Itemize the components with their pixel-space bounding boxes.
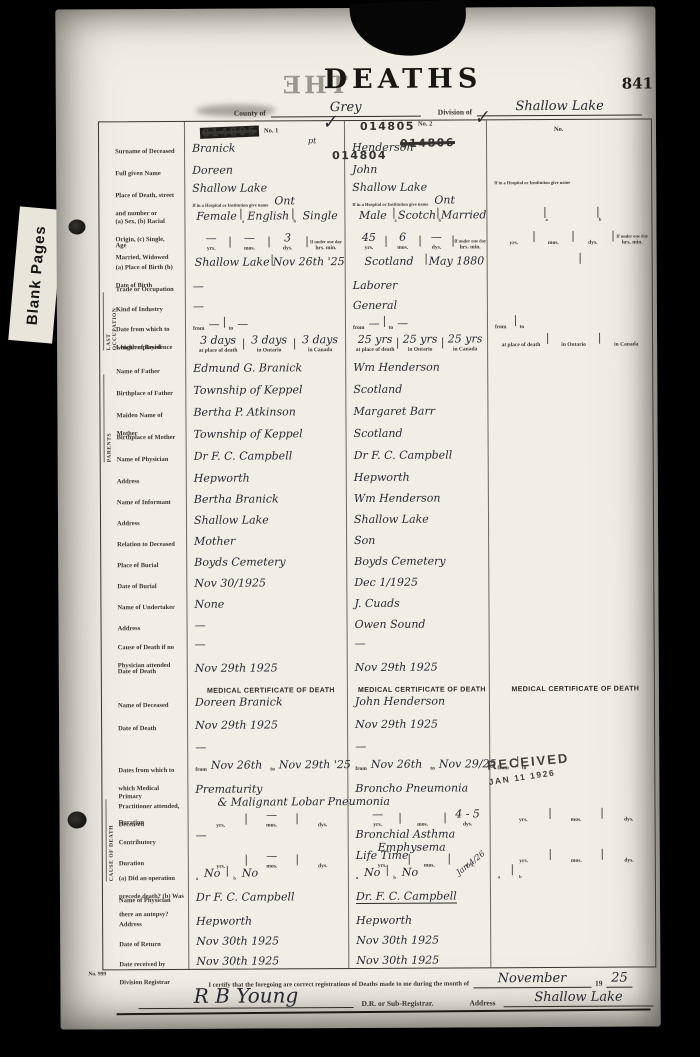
field-divider <box>580 253 581 264</box>
value-column: in Ontario <box>548 342 600 348</box>
entry-cell: MaleaScotchbMarried <box>344 206 486 231</box>
handwritten-value: Prematurity <box>195 783 262 796</box>
handwritten-value: — <box>355 740 366 753</box>
entry-cell: Nov 29th 1925 <box>187 657 347 679</box>
printed-sublabel: in Ontario <box>244 347 294 353</box>
handwritten-value: Nov 30th 1925 <box>196 934 279 947</box>
handwritten-value: — <box>247 850 297 863</box>
row-label: Contributory <box>119 839 156 846</box>
row-label-cell: Duration <box>103 850 188 865</box>
printed-sublabel: from <box>355 766 367 772</box>
row-label: Birthplace of Mother <box>117 434 176 441</box>
handwritten-value: — <box>355 637 366 650</box>
row-label: Address <box>117 478 140 485</box>
table-row: Name of PhysicianDr F. C. CampbellDr F. … <box>101 443 653 468</box>
entry-cell <box>490 948 655 969</box>
entry-cell: Margaret Barr <box>345 400 487 423</box>
handwritten-value: Scotland <box>353 383 402 396</box>
value-column: dys. <box>574 240 613 246</box>
entry-cell: General <box>345 294 487 315</box>
value-column: 3 daysin Canada <box>295 334 345 353</box>
value-column: —mos. <box>231 232 268 251</box>
printed-sublabel: from <box>495 324 507 330</box>
row-label-cell: Primary <box>102 783 187 809</box>
row-label-cell: Cause of Death if no Physician attended <box>102 634 187 658</box>
table-row: Relation to DeceasedMotherSon <box>101 528 653 552</box>
printed-sublabel: dys. <box>298 822 348 828</box>
row-label: Date of Return <box>119 941 161 948</box>
entry-cell: Township of Keppel <box>186 423 346 446</box>
value-column: Single <box>296 210 344 223</box>
handwritten-value: Shallow Lake <box>192 182 344 195</box>
entry-cell: fromNov 26thtoNov 29th '25 <box>187 756 347 783</box>
entry-cell: MEDICAL CERTIFICATE OF DEATH <box>187 678 347 692</box>
handwritten-value: Scotland <box>353 256 426 269</box>
section-label-vertical: CAUSE OF DEATH <box>105 799 114 881</box>
value-column: Male <box>352 210 393 223</box>
value-column: Scotch <box>397 210 438 223</box>
printed-sublabel: yrs. <box>196 822 246 828</box>
printed-sublabel: b <box>233 876 236 881</box>
entry-cell <box>486 157 651 180</box>
table-row: Name of FatherEdmund G. BranickWm Hender… <box>100 355 652 380</box>
form-number: No. 999 <box>88 971 106 977</box>
division-value: Shallow Lake <box>515 99 603 114</box>
entry-cell: ScotlandMay 1880 <box>345 252 487 275</box>
value-column: 6mos. <box>386 232 419 251</box>
table-row: AddressHepworthHepworth <box>101 465 653 489</box>
handwritten-value: General <box>353 299 397 312</box>
handwritten-value: Shallow Lake <box>193 257 272 270</box>
value-column: If under one dayhrs. min. <box>613 235 652 246</box>
handwritten-value: Township of Keppel <box>194 427 303 441</box>
row-label: Age <box>116 242 127 249</box>
entry-cell: Dec 1/1925 <box>346 571 488 593</box>
field-divider <box>512 864 513 875</box>
printed-sublabel: mos. <box>386 244 419 250</box>
table-row: Contributory—Bronchial AsthmaEmphysema <box>103 826 655 850</box>
value-group: 3 daysat place of death3 daysin Ontario3… <box>193 334 345 353</box>
handwritten-value: Married <box>441 210 486 223</box>
value-column: mos. <box>550 817 602 823</box>
row-label-cell <box>102 737 187 757</box>
address-label: Address <box>469 998 495 1008</box>
handwritten-value: Life Time <box>356 850 409 863</box>
table-row: Age—yrs.—mos.3dys.If under one dayhrs. m… <box>100 229 652 254</box>
handwritten-value: Hepworth <box>194 472 250 485</box>
value-column: 3dys. <box>269 232 306 251</box>
row-label-cell: Dates from which to which Medical Practi… <box>102 757 187 783</box>
handwritten-value: Ont <box>274 195 295 208</box>
printed-sublabel: from <box>193 326 205 332</box>
row-label: Full given Name <box>115 170 161 177</box>
handwritten-value: Shallow Lake <box>194 513 269 526</box>
value-group: aNobNo <box>196 865 348 881</box>
table-row: Name of PhysicianDr F. C. CampbellDr. F.… <box>103 884 655 911</box>
entry-cell: — <box>188 828 348 850</box>
entry-cell: yrs.mos.dys. <box>490 806 655 827</box>
table-row: Name of UndertakerNoneJ. Cuads <box>101 591 653 615</box>
table-row: (a) Place of Birth (b) Date of BirthShal… <box>100 251 652 276</box>
entry-cell: Township of Keppel <box>185 379 345 402</box>
printed-sublabel: to <box>520 324 525 330</box>
entry-cell <box>487 355 652 378</box>
field-divider <box>383 316 384 327</box>
handwritten-value: — <box>195 619 206 632</box>
table-row: PrimaryPrematurity& Malignant Lobar Pneu… <box>102 780 654 809</box>
entry-cell: Nov 29th 1925 <box>347 713 489 736</box>
handwritten-value: Doreen <box>192 164 233 177</box>
row-label: Address <box>117 520 140 527</box>
printed-sublabel: in Ontario <box>548 342 600 348</box>
value-group: —yrs.mos.4 - 5dys. <box>356 808 490 827</box>
printed-sublabel: yrs. <box>498 817 550 823</box>
handwritten-value: Henderson <box>352 141 413 154</box>
printed-sublabel: yrs. <box>495 240 534 246</box>
handwritten-value: — <box>397 318 408 331</box>
handwritten-value: Scotland <box>354 427 403 440</box>
handwritten-value: Nov 29th 1925 <box>355 661 438 674</box>
printed-sublabel: a <box>546 218 548 223</box>
handwritten-line: Broncho Pneumonia <box>355 782 489 795</box>
table-row: Name of DeceasedDoreen BranickJohn Hende… <box>102 689 654 715</box>
handwritten-value: — <box>368 318 379 331</box>
value-column: May 1880 <box>426 256 486 269</box>
entry-cell: Dr. F. C. Campbell <box>348 885 490 910</box>
table-row: AddressShallow LakeShallow Lake <box>101 507 653 531</box>
table-row: Place of BurialBoyds CemeteryBoyds Cemet… <box>101 549 653 573</box>
handwritten-value: Boyds Cemetery <box>194 555 285 568</box>
entry-cell <box>489 655 654 677</box>
entry-cell: aNobNoJan 4/26 <box>348 863 490 886</box>
row-label-cell: Address <box>101 510 186 531</box>
handwritten-value: Ont <box>434 194 455 207</box>
entry-cell: John <box>344 158 486 181</box>
value-column: at place of death <box>495 342 547 348</box>
printed-sublabel: to <box>270 766 275 772</box>
handwritten-value: J. Cuads <box>354 597 399 610</box>
handwritten-value: — <box>195 741 206 754</box>
row-label: Date of Death <box>118 668 156 675</box>
printed-sublabel: a <box>196 876 198 881</box>
handwritten-value: Dec 1/1925 <box>354 576 418 589</box>
entry-cell <box>489 612 654 632</box>
row-label-cell: Surname of Deceased <box>99 138 184 160</box>
handwritten-value: None <box>194 598 224 611</box>
value-group: ab <box>498 863 655 879</box>
value-group: at place of deathin Ontarioin Canada <box>495 332 652 348</box>
value-column: —yrs. <box>356 809 400 828</box>
value-group: ab <box>494 206 651 222</box>
entry-cell: If in a Hospital or Institution give nam… <box>486 179 651 206</box>
torn-notch <box>349 0 467 58</box>
handwritten-value: Hepworth <box>354 471 410 484</box>
county-underline: Grey <box>271 98 421 118</box>
row-label-cell: Address <box>101 468 186 489</box>
printed-sublabel: in Canada <box>600 341 652 347</box>
handwritten-value: — <box>231 232 268 245</box>
row-label: Name of Informant <box>117 499 171 506</box>
handwritten-value: Broncho Pneumonia <box>355 781 468 795</box>
handwritten-value: No <box>242 868 258 881</box>
entry-cell <box>488 507 653 529</box>
handwritten-value: Dr F. C. Campbell <box>194 449 293 463</box>
entry-cell: Scotland <box>346 422 488 445</box>
entry-cell: Boyds Cemetery <box>346 550 488 572</box>
table-row: Birthplace of FatherTownship of KeppelSc… <box>100 377 652 402</box>
table-row: Length of Residence3 daysat place of dea… <box>100 331 652 358</box>
row-label: Primary <box>118 793 142 800</box>
entry-cell <box>488 591 653 613</box>
table-row: Birthplace of MotherTownship of KeppelSc… <box>101 421 653 446</box>
value-group: fromNov 26thtoNov 29/25 <box>355 756 489 772</box>
entry-cell: Bertha Branick <box>186 488 346 510</box>
handwritten-value: Nov 26th '25 <box>273 256 345 269</box>
handwritten-value: — <box>195 638 206 651</box>
printed-sublabel: in Canada <box>443 346 487 352</box>
printed-sublabel: hrs. min. <box>454 244 487 250</box>
value-group: yrs.—mos.dys. <box>196 809 348 828</box>
value-column: 3 daysin Ontario <box>244 334 294 353</box>
row-label-cell <box>102 679 187 692</box>
printed-sublabel: b <box>599 217 602 222</box>
value-column: 25 yrsin Canada <box>443 333 487 352</box>
value-group: ScotlandMay 1880 <box>353 253 487 269</box>
value-group: MaleaScotchbMarried <box>352 207 486 223</box>
handwritten-value: Wm Henderson <box>354 492 441 505</box>
handwritten-value: 3 days <box>295 334 345 347</box>
row-label: Date of Burial <box>117 583 156 590</box>
entry-cell <box>490 908 655 929</box>
row-label: Date received by Division Registrar <box>119 961 170 986</box>
printed-sublabel: yrs. <box>353 244 386 250</box>
entry-cell <box>490 928 655 949</box>
entry-cell: MEDICAL CERTIFICATE OF DEATH <box>347 677 489 691</box>
handwritten-value: John <box>352 163 377 176</box>
entry-cell <box>489 734 654 755</box>
handwritten-value: No <box>402 867 418 880</box>
row-label-cell: Date of Burial <box>101 573 186 594</box>
value-group: from—to— <box>193 316 345 332</box>
entry-cell: J. Cuads <box>346 592 488 614</box>
entry-cell <box>488 570 653 592</box>
field-divider <box>223 317 224 328</box>
printed-sublabel: in Canada <box>295 347 345 353</box>
value-group: yrs.mos.dys.If under one dayhrs. min. <box>495 230 652 246</box>
entry-cell: FemaleaEnglishbSingle <box>184 207 344 232</box>
row-label-cell: Date of Return <box>103 931 188 951</box>
printed-sublabel: at place of death <box>193 347 243 353</box>
entry-cell: Hepworth <box>346 466 488 488</box>
table-row: (a) Sex, (b) Racial Origin, (c) Single, … <box>99 205 651 232</box>
handwritten-value: Nov 29th '25 <box>279 759 351 772</box>
row-label-cell: Date of Death <box>102 715 187 737</box>
entry-cell: Shallow Lake <box>346 508 488 530</box>
printed-sublabel: to <box>229 326 234 332</box>
handwritten-value: — <box>237 319 248 332</box>
entry-cell: — <box>347 735 489 756</box>
row-label-cell: Address <box>103 911 188 931</box>
page-number: 841 <box>622 74 653 92</box>
value-column: yrs. <box>498 817 550 823</box>
handwritten-value: Mother <box>194 535 235 548</box>
handwritten-value: Nov 30th 1925 <box>356 934 439 947</box>
handwritten-value: Shallow Lake <box>352 181 486 194</box>
handwritten-value: Edmund G. Branick <box>193 361 302 375</box>
registrar-signature: R B Young <box>194 983 299 1008</box>
row-label: Name of Undertaker <box>117 604 174 611</box>
row-label: Trade or Occupation <box>116 286 174 293</box>
entry-cell: Shallow LakeIf in a Hospital or Institut… <box>344 180 486 207</box>
row-label-cell <box>99 122 184 138</box>
table-row: Date of DeathNov 29th 1925Nov 29th 1925 <box>102 655 654 679</box>
entry-cell: Nov 29th 1925 <box>187 714 347 737</box>
printed-sublabel: mos. <box>247 822 297 828</box>
handwritten-value: Branick <box>192 142 235 155</box>
hospital-print-line: If in a Hospital or Institution give nam… <box>352 194 486 207</box>
entry-cell: Hepworth <box>348 909 490 930</box>
handwritten-value: May 1880 <box>426 256 486 269</box>
printed-sublabel: b <box>393 875 396 880</box>
entry-cell: Mother <box>186 530 346 552</box>
signature-underline: R B Young <box>138 984 353 1009</box>
handwritten-value: Nov 29th 1925 <box>195 718 278 731</box>
entry-cell: ab <box>490 862 655 885</box>
entry-cell: Dr F. C. Campbell <box>346 444 488 467</box>
value-group: aNobNoJan 4/26 <box>356 864 490 880</box>
value-column: Shallow Lake <box>193 257 272 270</box>
handwritten-value: — <box>193 280 204 293</box>
entry-cell: yrs.—mos.dys. <box>188 849 348 865</box>
entry-cell: Nov 29th 1925 <box>347 656 489 678</box>
value-column: Married <box>441 210 486 223</box>
value-group: from—to— <box>353 315 487 331</box>
table-row: Cause of Death if no Physician attended—… <box>102 631 654 658</box>
printed-sublabel: b <box>519 875 522 880</box>
handwritten-value: John Henderson <box>355 695 445 708</box>
row-label-cell: Address <box>102 615 187 634</box>
printed-sublabel: mos. <box>534 240 573 246</box>
entry-cell <box>489 689 654 713</box>
handwritten-value: Nov 30/1925 <box>194 576 266 589</box>
table-row: Date of BurialNov 30/1925Dec 1/1925 <box>101 570 653 594</box>
row-label-cell: Date of Death <box>102 658 187 679</box>
row-label-cell: Contributory <box>103 829 188 850</box>
handwritten-value: 3 days <box>193 335 243 348</box>
row-label-cell: Name of Physician <box>101 446 186 468</box>
death-register-table: Surname of DeceasedBranickHendersonFull … <box>98 118 656 970</box>
row-label-cell: Name of Father <box>100 358 185 380</box>
entry-cell: Wm Henderson <box>346 487 488 509</box>
field-divider <box>386 865 387 876</box>
section-label-vertical: PARENTS <box>103 374 112 462</box>
row-label-cell: Birthplace of Mother <box>101 424 186 446</box>
row-label-cell: (a) Did an operation precede death? (b) … <box>103 865 188 887</box>
entry-cell: Bronchial AsthmaEmphysema <box>348 827 490 849</box>
handwritten-value: Single <box>296 210 344 223</box>
printed-sublabel: hrs. min. <box>613 239 652 245</box>
entry-cell: Boyds Cemetery <box>186 551 346 573</box>
entry-cell: yrs.—mos.dys. <box>188 808 348 829</box>
row-label: Kind of Industry <box>116 306 163 313</box>
entry-cell: Shallow LakeNov 26th '25 <box>185 253 345 276</box>
blank-pages-tab: Blank Pages <box>8 206 64 343</box>
table-row: Maiden Name of MotherBertha P. AtkinsonM… <box>100 399 652 424</box>
handwritten-value: Son <box>354 534 375 547</box>
handwritten-value: 6 <box>386 232 419 245</box>
handwritten-value: — <box>193 233 230 246</box>
entry-cell: 45yrs.6mos.—dys.If under one dayhrs. min… <box>344 230 486 253</box>
printed-sublabel: yrs. <box>193 245 230 251</box>
entry-cell: John Henderson <box>347 690 489 714</box>
table-row: Surname of DeceasedBranickHenderson <box>99 135 651 160</box>
row-label: Place of Burial <box>117 562 158 569</box>
handwritten-value: — <box>193 300 204 313</box>
value-column: 25 yrsin Ontario <box>398 334 442 353</box>
page-title: DEATHS <box>324 63 483 95</box>
row-label-cell: Place of Death, street and number or <box>99 182 184 208</box>
value-column: Scotland <box>353 256 426 269</box>
entry-cell <box>487 251 652 274</box>
handwritten-value: — <box>420 231 453 244</box>
row-label-cell: Name of Undertaker <box>101 594 186 615</box>
entry-cell: Doreen <box>184 159 344 182</box>
value-column: Nov 26th '25 <box>273 256 345 269</box>
entry-cell: — <box>187 736 347 757</box>
row-label: Relation to Deceased <box>117 541 175 548</box>
row-label-cell: Name of Informant <box>101 489 186 510</box>
handwritten-value: Male <box>352 210 393 223</box>
value-column: —mos. <box>247 809 297 828</box>
printed-sublabel: hrs. min. <box>307 245 344 251</box>
row-label: Duration <box>119 819 144 826</box>
printed-sublabel: yrs. <box>356 821 400 827</box>
handwritten-value: Bertha Branick <box>194 492 279 505</box>
handwritten-value: 4 - 5 <box>446 808 490 821</box>
handwritten-value: Laborer <box>353 279 398 292</box>
entry-cell <box>486 119 651 136</box>
entry-cell: from—to— <box>185 315 345 334</box>
handwritten-value: 3 <box>269 232 306 245</box>
value-group: yrs.mos.dys. <box>498 807 655 823</box>
entry-cell <box>488 443 653 466</box>
handwritten-value: 25 yrs <box>398 334 442 347</box>
entry-cell: Hepworth <box>188 910 348 931</box>
entry-cell <box>489 712 654 735</box>
row-label-cell: Date received by Division Registrar <box>103 951 188 971</box>
hospital-print-line: If in a Hospital or Institution give nam… <box>494 180 651 185</box>
entry-cell: — <box>187 614 347 634</box>
value-column: Female <box>192 211 240 224</box>
row-label: Address <box>119 921 142 928</box>
row-label-cell: Name of Physician <box>103 887 188 911</box>
row-label: Name of Father <box>116 368 160 375</box>
handwritten-value: Bertha P. Atkinson <box>193 405 295 419</box>
row-label-cell: (a) Place of Birth (b) Date of Birth <box>100 254 185 276</box>
entry-cell: Wm Henderson <box>345 356 487 379</box>
row-label-cell: Relation to Deceased <box>101 531 186 552</box>
entry-cell: None <box>186 593 346 615</box>
handwritten-value: Nov 30th 1925 <box>356 954 439 967</box>
printed-sublabel: in Ontario <box>398 346 442 352</box>
entry-cell <box>487 293 652 314</box>
entry-cell <box>488 549 653 571</box>
row-label-cell: Duration <box>103 809 188 829</box>
division-underline: Shallow Lake <box>477 97 642 117</box>
handwritten-value: Nov 29th 1925 <box>355 718 438 731</box>
printed-sublabel: If in a Hospital or Institution give nam… <box>494 181 570 186</box>
division-label: Division of <box>438 107 472 117</box>
